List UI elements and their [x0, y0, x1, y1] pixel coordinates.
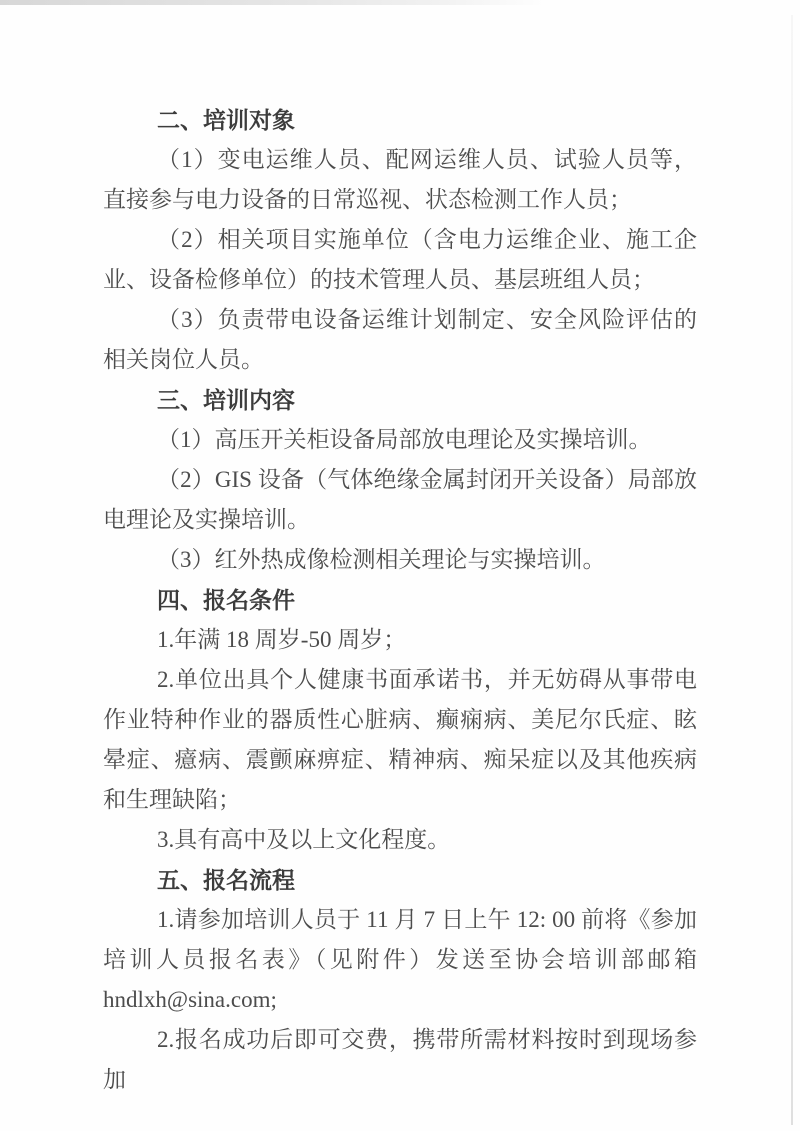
paragraph: 2.单位出具个人健康书面承诺书，并无妨碍从事带电作业特种作业的器质性心脏病、癫痫… [103, 660, 697, 820]
paragraph: （1）高压开关柜设备局部放电理论及实操培训。 [103, 420, 697, 460]
paragraph: 1.请参加培训人员于 11 月 7 日上午 12: 00 前将《参加培训人员报名… [103, 900, 697, 1020]
paragraph: （2）相关项目实施单位（含电力运维企业、施工企业、设备检修单位）的技术管理人员、… [103, 220, 697, 300]
paragraph: （1）变电运维人员、配网运维人员、试验人员等，直接参与电力设备的日常巡视、状态检… [103, 140, 697, 220]
paragraph: 2.报名成功后即可交费，携带所需材料按时到现场参加 [103, 1020, 697, 1100]
paragraph: 3.具有高中及以上文化程度。 [103, 820, 697, 860]
paragraph: 1.年满 18 周岁-50 周岁； [103, 620, 697, 660]
scan-artifact-top [0, 0, 545, 5]
section-heading-training-content: 三、培训内容 [103, 380, 697, 420]
paragraph: （3）红外热成像检测相关理论与实操培训。 [103, 540, 697, 580]
scan-artifact-right-edge [791, 15, 793, 1125]
section-heading-registration-process: 五、报名流程 [103, 860, 697, 900]
section-heading-registration-conditions: 四、报名条件 [103, 580, 697, 620]
section-heading-training-targets: 二、培训对象 [103, 100, 697, 140]
document-page: 二、培训对象 （1）变电运维人员、配网运维人员、试验人员等，直接参与电力设备的日… [0, 0, 800, 1131]
paragraph: （3）负责带电设备运维计划制定、安全风险评估的相关岗位人员。 [103, 300, 697, 380]
document-body: 二、培训对象 （1）变电运维人员、配网运维人员、试验人员等，直接参与电力设备的日… [103, 100, 697, 1100]
paragraph: （2）GIS 设备（气体绝缘金属封闭开关设备）局部放电理论及实操培训。 [103, 460, 697, 540]
